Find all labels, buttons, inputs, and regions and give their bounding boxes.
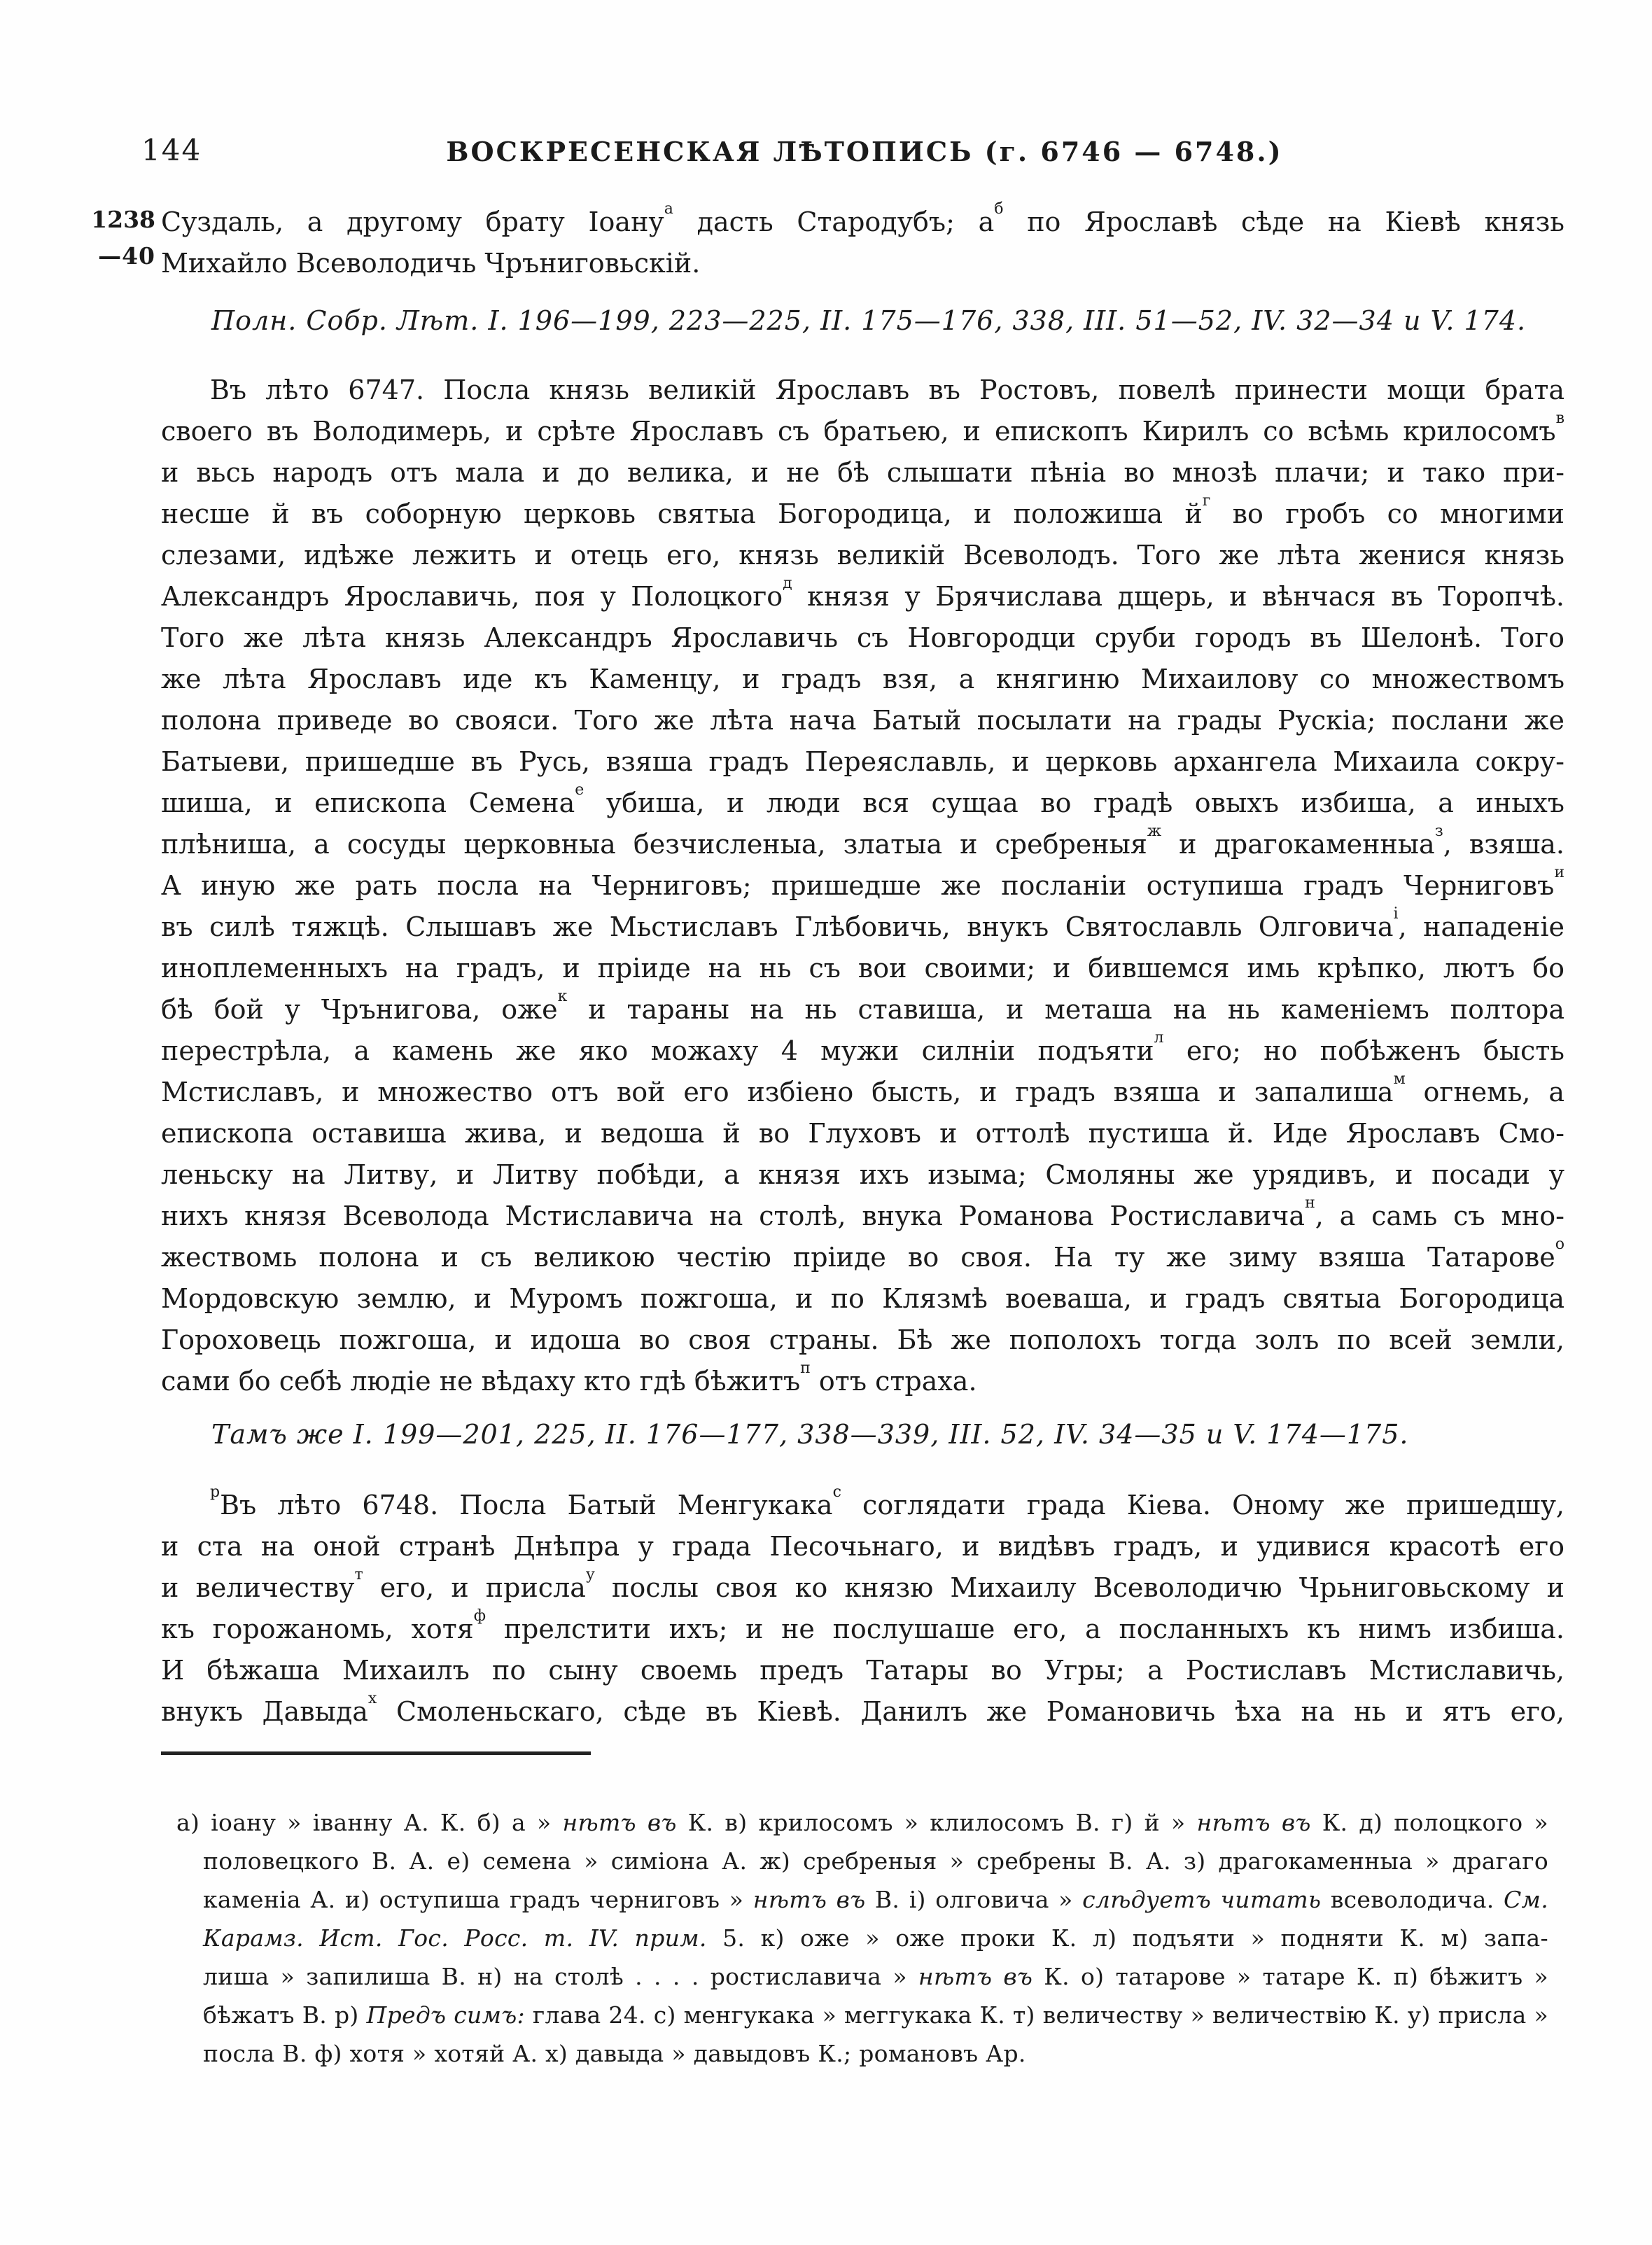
paragraph-year-6747: Въ лѣто 6747. Посла князь великій Яросла… (161, 370, 1564, 1402)
paragraph-continuation: Суздаль, а другому брату Іоануа дасть Ст… (161, 202, 1564, 284)
text-line: епископа оставиша жива, и ведоша й во Гл… (161, 1113, 1564, 1154)
text-line: лиша » запилиша В. н) на столѣ . . . . р… (176, 1957, 1548, 1996)
text-column: Суздаль, а другому брату Іоануа дасть Ст… (161, 202, 1564, 1733)
footnotes-block: а) іоану » іванну А. К. б) а » нѣтъ въ К… (176, 1803, 1548, 2073)
text-line: и величествут его, и прислау послы своя … (161, 1567, 1564, 1609)
margin-year-top: 1238 (91, 206, 155, 233)
book-page: 144 ВОСКРЕСЕНСКАЯ ЛѢТОПИСЬ (г. 6746 — 67… (0, 0, 1652, 2245)
text-line: Суздаль, а другому брату Іоануа дасть Ст… (161, 202, 1564, 243)
margin-year-note: 1238 —40 (83, 202, 155, 274)
text-line: въ силѣ тяжцѣ. Слышавъ же Мьстиславъ Глѣ… (161, 907, 1564, 948)
text-line: рВъ лѣто 6748. Посла Батый Менгукакас со… (161, 1485, 1564, 1526)
text-line: А иную же рать посла на Черниговъ; прише… (161, 865, 1564, 907)
text-line: Карамз. Ист. Гос. Росс. т. IV. прим. 5. … (176, 1919, 1548, 1957)
text-line: половецкого В. А. е) семена » симіона А.… (176, 1842, 1548, 1880)
text-line: Мстиславъ, и множество отъ вой его избіе… (161, 1072, 1564, 1113)
text-line: и ста на оной странѣ Днѣпра у града Песо… (161, 1526, 1564, 1567)
text-line: къ горожаномь, хотяф прелстити ихъ; и не… (161, 1609, 1564, 1650)
text-line: и вьсь народъ отъ мала и до велика, и не… (161, 452, 1564, 494)
text-line: Александръ Ярославичь, поя у Полоцкогод … (161, 576, 1564, 617)
text-line: каменіа А. и) оступиша градъ черниговъ »… (176, 1880, 1548, 1919)
text-line: шиша, и епископа Семенае убиша, и люди в… (161, 783, 1564, 824)
text-line: нихъ князя Всеволода Мстиславича на стол… (161, 1196, 1564, 1237)
text-line: жествомь полона и съ великою честію пріи… (161, 1237, 1564, 1278)
text-line: бѣ бой у Чрънигова, ожек и тараны на нь … (161, 989, 1564, 1030)
text-line: перестрѣла, а камень же яко можаху 4 муж… (161, 1030, 1564, 1072)
text-line: полона приведе во свояси. Того же лѣта н… (161, 700, 1564, 741)
paragraph-year-6748: рВъ лѣто 6748. Посла Батый Менгукакас со… (161, 1485, 1564, 1733)
text-line: внукъ Давыдах Смоленьскаго, сѣде въ Кіев… (161, 1691, 1564, 1733)
text-line: своего въ Володимерь, и срѣте Ярославъ с… (161, 411, 1564, 452)
text-line: слезами, идѣже лежить и отець его, князь… (161, 535, 1564, 576)
source-citation: Тамъ же I. 199—201, 225, II. 176—177, 33… (161, 1416, 1564, 1453)
text-line: Гороховець пожгоша, и идоша во своя стра… (161, 1320, 1564, 1361)
text-line: И бѣжаша Михаилъ по сыну своемь предъ Та… (161, 1650, 1564, 1691)
text-line: Батыеви, пришедше въ Русь, взяша градъ П… (161, 741, 1564, 783)
text-line: иноплеменныхъ на градъ, и пріиде на нь с… (161, 948, 1564, 989)
text-line: Мордовскую землю, и Муромъ пожгоша, и по… (161, 1278, 1564, 1320)
text-line: же лѣта Ярославъ иде къ Каменцу, и градъ… (161, 659, 1564, 700)
text-line: Въ лѣто 6747. Посла князь великій Яросла… (161, 370, 1564, 411)
text-line: а) іоану » іванну А. К. б) а » нѣтъ въ К… (176, 1803, 1548, 1842)
footnote-divider (161, 1751, 591, 1755)
source-citation: Полн. Собр. Лѣт. I. 196—199, 223—225, II… (161, 302, 1564, 339)
text-line: леньску на Литву, и Литву побѣди, а княз… (161, 1154, 1564, 1196)
text-line: сами бо себѣ людіе не вѣдаху кто гдѣ бѣж… (161, 1361, 1564, 1402)
text-line: несше й въ соборную церковь святыа Богор… (161, 494, 1564, 535)
running-title: ВОСКРЕСЕНСКАЯ ЛѢТОПИСЬ (г. 6746 — 6748.) (161, 136, 1568, 167)
text-line: Михайло Всеволодичь Чръниговьскій. (161, 243, 1564, 284)
margin-year-bottom: —40 (83, 238, 155, 274)
text-line: бѣжатъ В. р) Предъ симъ: глава 24. с) ме… (176, 1996, 1548, 2034)
text-line: посла В. ф) хотя » хотяй А. х) давыда » … (176, 2034, 1548, 2073)
text-line: Того же лѣта князь Александръ Ярославичь… (161, 617, 1564, 659)
text-line: плѣниша, а сосуды церковныа безчисленыа,… (161, 824, 1564, 865)
